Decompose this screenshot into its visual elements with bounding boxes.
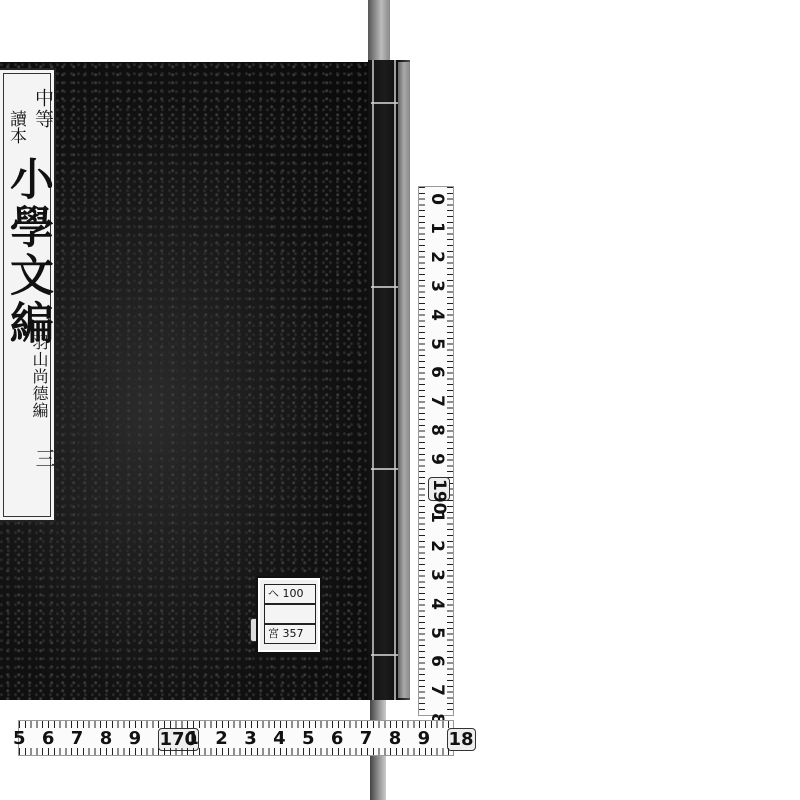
ruler-number: 9 xyxy=(129,728,142,749)
ruler-number: 4 xyxy=(427,594,447,614)
ruler-number: 6 xyxy=(427,362,447,382)
ruler-number: 1 xyxy=(427,507,447,527)
ruler-number: 5 xyxy=(13,728,26,749)
ruler-number: 2 xyxy=(215,728,228,749)
call-number-row-1: ヘ 100 xyxy=(264,584,316,604)
ruler-number: 4 xyxy=(427,305,447,325)
ruler-number: 9 xyxy=(427,449,447,469)
title-label: 中等 讀本 小學文編 羽山尚德編 三 xyxy=(0,68,56,522)
ruler-number: 5 xyxy=(302,728,315,749)
horizontal-ruler: 5678917012345678918 xyxy=(18,720,454,756)
ruler-number: 1 xyxy=(186,728,199,749)
ruler-number: 3 xyxy=(427,565,447,585)
volume-number: 三 xyxy=(30,448,59,468)
ruler-number: 8 xyxy=(427,420,447,440)
ruler-number: 1 xyxy=(427,218,447,238)
stitch-mark xyxy=(371,468,401,470)
ruler-number: 5 xyxy=(427,334,447,354)
ruler-number: 6 xyxy=(427,651,447,671)
stitch-mark xyxy=(371,286,401,288)
call-number-label: ヘ 100 宮 357 xyxy=(258,578,320,652)
top-ribbon xyxy=(368,0,390,62)
subtitle-right: 中等 xyxy=(30,88,57,130)
vertical-ruler: 012345678919012345678 xyxy=(418,186,454,716)
author: 羽山尚德編 xyxy=(28,334,51,419)
stitch-mark xyxy=(371,654,401,656)
ruler-number: 2 xyxy=(427,536,447,556)
spine-line xyxy=(394,60,396,700)
ruler-number: 7 xyxy=(360,728,373,749)
call-number-row-2 xyxy=(264,604,316,624)
page-edges xyxy=(398,62,410,698)
ruler-number: 18 xyxy=(447,728,476,751)
ruler-number: 6 xyxy=(42,728,55,749)
ruler-number: 9 xyxy=(418,728,431,749)
ruler-number: 3 xyxy=(244,728,257,749)
ruler-number: 7 xyxy=(427,391,447,411)
ruler-number: 5 xyxy=(427,623,447,643)
ruler-number: 0 xyxy=(427,189,447,209)
book-title: 小學文編 xyxy=(2,156,52,348)
call-number-row-3: 宮 357 xyxy=(264,624,316,644)
ruler-number: 190 xyxy=(428,477,450,501)
ruler-number: 7 xyxy=(71,728,84,749)
ruler-number: 8 xyxy=(100,728,113,749)
ruler-number: 4 xyxy=(273,728,286,749)
ruler-number: 2 xyxy=(427,247,447,267)
ruler-number: 7 xyxy=(427,680,447,700)
ruler-number: 6 xyxy=(331,728,344,749)
subtitle-left: 讀本 xyxy=(4,110,29,144)
stitch-mark xyxy=(371,102,401,104)
spine-line xyxy=(372,60,374,700)
ruler-number: 3 xyxy=(427,276,447,296)
ruler-number: 8 xyxy=(389,728,402,749)
